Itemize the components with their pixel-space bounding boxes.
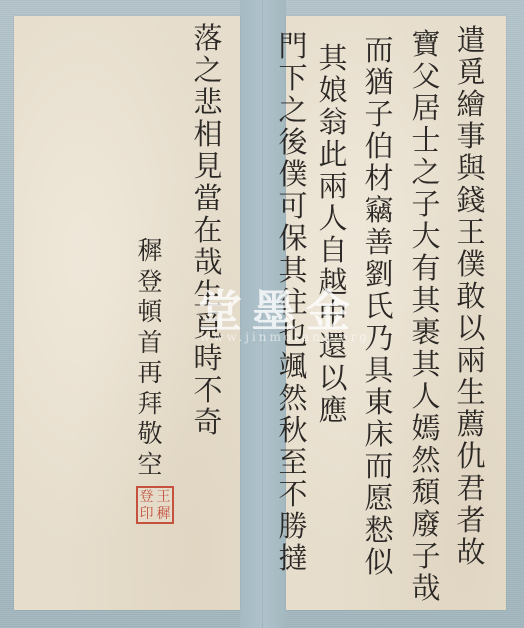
calligraphy-char: 相 [191, 120, 225, 152]
seal-char: 登 [138, 488, 155, 505]
calligraphy-char: 事 [454, 122, 488, 154]
seal-char: 印 [138, 505, 155, 522]
calligraphy-char: 有 [409, 254, 443, 286]
text-column: 寶父居士之子大有其裹其人嫣然頹廢子哉 [409, 30, 443, 606]
calligraphy-char: 時 [191, 344, 225, 376]
calligraphy-char: 娘 [316, 76, 350, 108]
calligraphy-char: 君 [454, 474, 488, 506]
seal-char: 王 [155, 488, 172, 505]
calligraphy-char: 可 [276, 192, 310, 224]
calligraphy-char: 哉 [191, 248, 225, 280]
calligraphy-char: 悲 [191, 88, 225, 120]
calligraphy-char: 下 [276, 64, 310, 96]
watermark-url: www.jinmotang.org [200, 330, 370, 344]
calligraphy-char: 見 [191, 152, 225, 184]
calligraphy-char: 至 [276, 448, 310, 480]
calligraphy-char: 登 [135, 269, 165, 300]
calligraphy-char: 在 [191, 216, 225, 248]
calligraphy-char: 劉 [362, 260, 396, 292]
calligraphy-char: 廢 [409, 510, 443, 542]
calligraphy-char: 翁 [316, 108, 350, 140]
calligraphy-char: 保 [276, 224, 310, 256]
calligraphy-char: 門 [276, 32, 310, 64]
calligraphy-char: 應 [316, 396, 350, 428]
calligraphy-char: 子 [409, 542, 443, 574]
calligraphy-char: 自 [316, 236, 350, 268]
calligraphy-char: 撻 [276, 544, 310, 576]
calligraphy-char: 之 [276, 96, 310, 128]
calligraphy-char: 空 [135, 452, 165, 483]
calligraphy-char: 後 [276, 128, 310, 160]
watermark-char: 墨 [252, 290, 296, 334]
calligraphy-char: 以 [454, 314, 488, 346]
calligraphy-char: 而 [362, 452, 396, 484]
calligraphy-char: 人 [409, 382, 443, 414]
calligraphy-char: 慭 [362, 516, 396, 548]
signature-column: 穉登頓首再拜敬空 [135, 238, 165, 482]
seal-char: 穉 [155, 505, 172, 522]
calligraphy-char: 繪 [454, 90, 488, 122]
calligraphy-char: 頹 [409, 478, 443, 510]
calligraphy-char: 寶 [409, 30, 443, 62]
calligraphy-char: 兩 [316, 172, 350, 204]
calligraphy-char: 者 [454, 506, 488, 538]
calligraphy-char: 東 [362, 388, 396, 420]
calligraphy-char: 嫣 [409, 414, 443, 446]
calligraphy-char: 裹 [409, 318, 443, 350]
calligraphy-char: 其 [409, 286, 443, 318]
calligraphy-char: 僕 [454, 250, 488, 282]
calligraphy-char: 之 [191, 56, 225, 88]
calligraphy-char: 子 [409, 190, 443, 222]
calligraphy-char: 以 [316, 364, 350, 396]
calligraphy-char: 伯 [362, 132, 396, 164]
calligraphy-char: 落 [191, 24, 225, 56]
calligraphy-char: 生 [454, 378, 488, 410]
calligraphy-char: 竊 [362, 196, 396, 228]
watermark-char: 堂 [198, 290, 242, 334]
calligraphy-char: 子 [362, 100, 396, 132]
text-column: 其娘翁此兩人自越中還以應 [316, 44, 350, 428]
calligraphy-char: 勝 [276, 512, 310, 544]
text-column: 落之悲相見當在哉生覓時不奇 [191, 24, 225, 440]
calligraphy-char: 故 [454, 538, 488, 570]
text-column: 遣覓繪事與錢王僕敢以兩生薦仇君者故 [454, 26, 488, 570]
calligraphy-char: 猶 [362, 68, 396, 100]
calligraphy-char: 穉 [135, 238, 165, 269]
calligraphy-char: 而 [362, 36, 396, 68]
calligraphy-char: 父 [409, 62, 443, 94]
calligraphy-char: 善 [362, 228, 396, 260]
calligraphy-char: 其 [276, 256, 310, 288]
calligraphy-char: 颯 [276, 352, 310, 384]
calligraphy-char: 遣 [454, 26, 488, 58]
calligraphy-char: 僕 [276, 160, 310, 192]
calligraphy-char: 具 [362, 356, 396, 388]
calligraphy-char: 與 [454, 154, 488, 186]
watermark: 堂 墨 金 [198, 290, 350, 334]
calligraphy-char: 不 [191, 376, 225, 408]
calligraphy-char: 此 [316, 140, 350, 172]
calligraphy-char: 然 [409, 446, 443, 478]
text-column: 而猶子伯材竊善劉氏乃具東床而愿慭似 [362, 36, 396, 580]
calligraphy-char: 奇 [191, 408, 225, 440]
watermark-char: 金 [306, 290, 350, 334]
calligraphy-char: 愿 [362, 484, 396, 516]
calligraphy-char: 其 [316, 44, 350, 76]
calligraphy-char: 錢 [454, 186, 488, 218]
calligraphy-char: 士 [409, 126, 443, 158]
calligraphy-char: 薦 [454, 410, 488, 442]
calligraphy-char: 頓 [135, 299, 165, 330]
calligraphy-char: 然 [276, 384, 310, 416]
calligraphy-char: 氏 [362, 292, 396, 324]
calligraphy-char: 材 [362, 164, 396, 196]
calligraphy-char: 之 [409, 158, 443, 190]
calligraphy-char: 床 [362, 420, 396, 452]
calligraphy-char: 其 [409, 350, 443, 382]
calligraphy-char: 似 [362, 548, 396, 580]
calligraphy-char: 再 [135, 360, 165, 391]
calligraphy-char: 不 [276, 480, 310, 512]
calligraphy-char: 當 [191, 184, 225, 216]
calligraphy-char: 仇 [454, 442, 488, 474]
calligraphy-char: 王 [454, 218, 488, 250]
calligraphy-char: 大 [409, 222, 443, 254]
calligraphy-char: 秋 [276, 416, 310, 448]
calligraphy-char: 哉 [409, 574, 443, 606]
calligraphy-char: 敬 [135, 421, 165, 452]
calligraphy-char: 敢 [454, 282, 488, 314]
calligraphy-char: 覓 [454, 58, 488, 90]
calligraphy-char: 居 [409, 94, 443, 126]
calligraphy-char: 兩 [454, 346, 488, 378]
calligraphy-char: 首 [135, 330, 165, 361]
calligraphy-char: 拜 [135, 391, 165, 422]
red-seal: 登 王 印 穉 [136, 486, 174, 524]
calligraphy-char: 人 [316, 204, 350, 236]
